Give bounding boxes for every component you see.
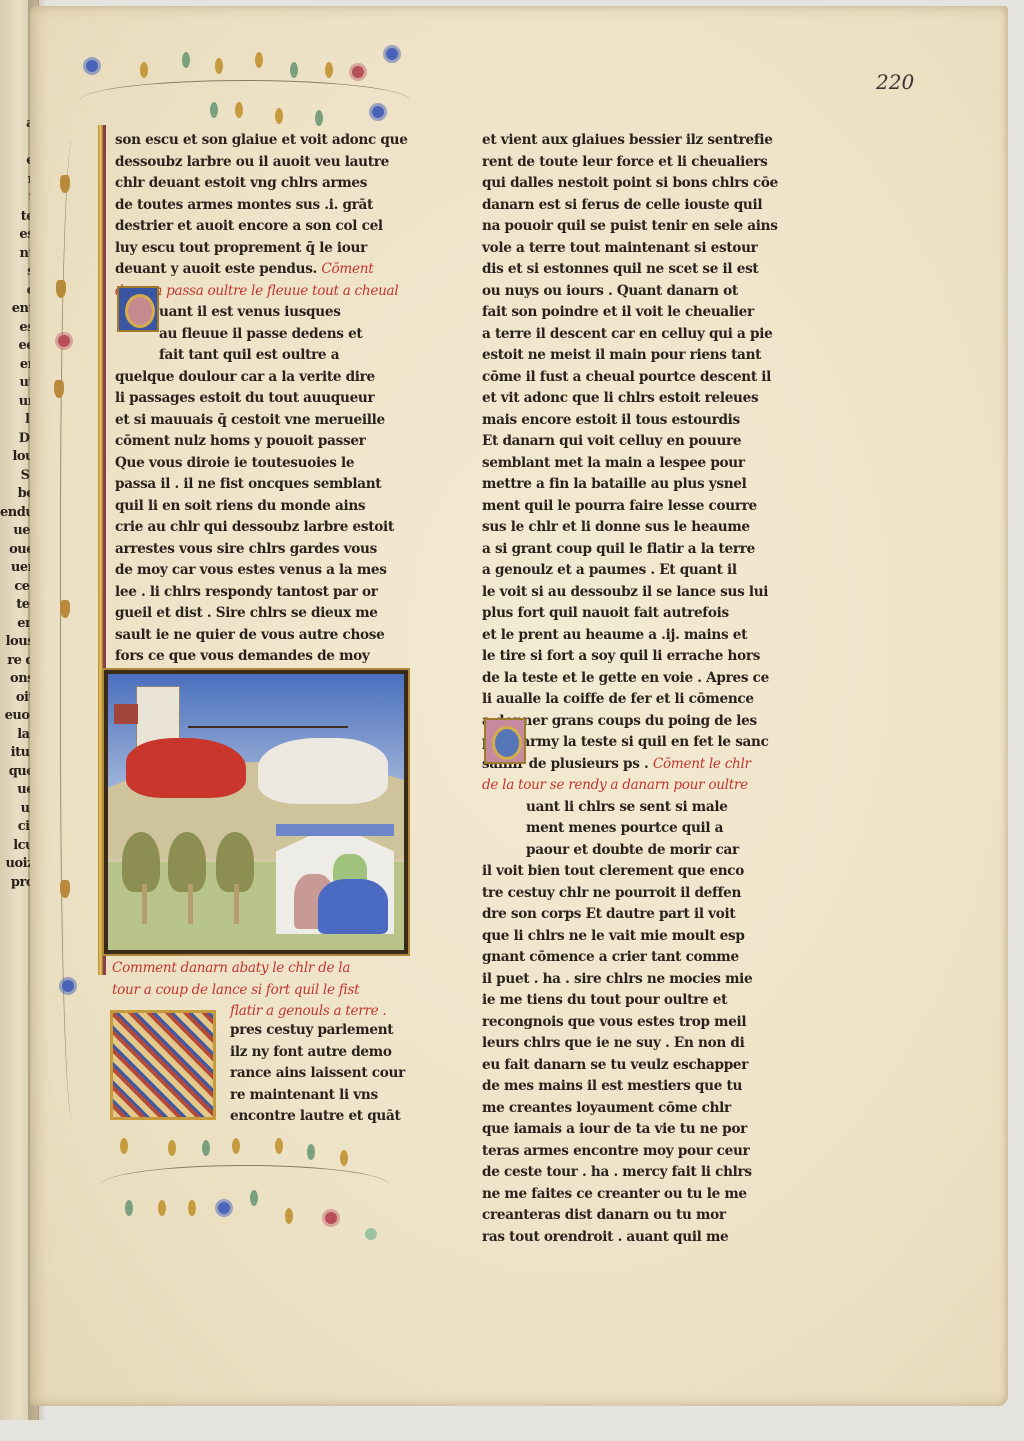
green-leaf-icon <box>202 1140 210 1156</box>
green-leaf-icon <box>315 110 323 126</box>
text-line: li passages estoit du tout auuqueur <box>115 388 415 410</box>
text-line: ou nuys ou iours . Quant danarn ot <box>482 281 802 303</box>
initial-ornament-icon <box>125 294 155 328</box>
illuminated-initial-q <box>484 718 526 764</box>
rubric-line: danarn passa oultre le fleuue tout a che… <box>115 281 415 303</box>
text-line: recongnois que vous estes trop meil <box>482 1012 802 1034</box>
top-border-decoration <box>70 30 420 120</box>
text-line: ie me tiens du tout pour oultre et <box>482 990 802 1012</box>
text-line: a genoulz et a paumes . Et quant il <box>482 560 802 582</box>
text-line: quelque doulour car a la verite dire <box>115 367 415 389</box>
text-line: rance ains laissent cour <box>230 1063 410 1085</box>
gold-leaf-icon <box>56 280 66 298</box>
text-line: et si mauuais q̄ cestoit vne merueille <box>115 410 415 432</box>
text-line: Que vous diroie ie toutesuoies le <box>115 453 415 475</box>
text-line: dre son corps Et dautre part il voit <box>482 904 802 926</box>
tree <box>216 832 254 892</box>
text-line: de mes mains il est mestiers que tu <box>482 1076 802 1098</box>
blue-flower-icon <box>62 980 74 992</box>
text-line: ilz ny font autre demo <box>230 1042 410 1064</box>
tree-trunk <box>142 884 147 924</box>
gold-leaf-icon <box>235 102 243 118</box>
red-flower-icon <box>325 1212 337 1224</box>
gold-leaf-icon <box>275 108 283 124</box>
vine-stem <box>100 1165 390 1206</box>
gold-leaf-icon <box>255 52 263 68</box>
text-line: ne me faites ce creanter ou tu le me <box>482 1184 802 1206</box>
text-line: gnant cōmence a crier tant comme <box>482 947 802 969</box>
rubric-line: tour a coup de lance si fort quil le fis… <box>112 980 412 1002</box>
blue-flower-icon <box>86 60 98 72</box>
text-line: et vit adonc que li chlrs estoit releues <box>482 388 802 410</box>
text-line: arrestes vous sire chlrs gardes vous <box>115 539 415 561</box>
right-column-text: et vient aux glaiues bessier ilz sentref… <box>482 130 802 1248</box>
text-line: au fleuue il passe dedens et <box>115 324 415 346</box>
right-column-part1: et vient aux glaiues bessier ilz sentref… <box>482 130 802 775</box>
right-column-part2: il voit bien tout clerement que encotre … <box>482 861 802 1248</box>
blue-flower-icon <box>218 1202 230 1214</box>
text-line: ment quil le pourra faire lesse courre <box>482 496 802 518</box>
text-line: dis et si estonnes quil ne scet se il es… <box>482 259 802 281</box>
text-line: na pouoir quil se puist tenir en sele ai… <box>482 216 802 238</box>
gold-leaf-icon <box>60 880 70 898</box>
gold-leaf-icon <box>275 1138 283 1154</box>
text-line: chlr deuant estoit vng chlrs armes <box>115 173 415 195</box>
miniature-joust-scene <box>104 670 408 954</box>
red-flower-icon <box>352 66 364 78</box>
text-line: son escu et son glaiue et voit adonc que <box>115 130 415 152</box>
tree <box>122 832 160 892</box>
text-line: que iamais a iour de ta vie tu ne por <box>482 1119 802 1141</box>
gold-leaf-icon <box>60 175 70 193</box>
text-line: que li chlrs ne le vait mie moult esp <box>482 926 802 948</box>
green-leaf-icon <box>250 1190 258 1206</box>
text-line: uant il est venus iusques <box>115 302 415 324</box>
text-line: pres cestuy parlement <box>230 1020 410 1042</box>
text-line: a terre il descent car en celluy qui a p… <box>482 324 802 346</box>
text-line: il voit bien tout clerement que enco <box>482 861 802 883</box>
text-line: de la teste et le gette en voie . Apres … <box>482 668 802 690</box>
castle-roof <box>114 704 138 724</box>
text-line: ras tout orendroit . auant quil me <box>482 1227 802 1249</box>
bottom-border-decoration <box>70 1120 410 1230</box>
text-line: fait son poindre et il voit le cheualier <box>482 302 802 324</box>
lance <box>188 726 348 728</box>
text-line: creanteras dist danarn ou tu mor <box>482 1205 802 1227</box>
green-leaf-icon <box>182 52 190 68</box>
green-leaf-icon <box>125 1200 133 1216</box>
text-line: ment menes pourtce quil a <box>482 818 802 840</box>
text-line: luy escu tout proprement q̄ le iour <box>115 238 415 260</box>
gold-leaf-icon <box>188 1200 196 1216</box>
text-line: qui dalles nestoit point si bons chlrs c… <box>482 173 802 195</box>
gold-leaf-icon <box>140 62 148 78</box>
text-line: le tire si fort a soy quil li errache ho… <box>482 646 802 668</box>
text-line: destrier et auoit encore a son col cel <box>115 216 415 238</box>
gold-leaf-icon <box>60 600 70 618</box>
text-line: teras armes encontre moy pour ceur <box>482 1141 802 1163</box>
text-line: mettre a fin la bataille au plus ysnel <box>482 474 802 496</box>
gold-leaf-icon <box>168 1140 176 1156</box>
text-line: de toutes armes montes sus .i. grāt <box>115 195 415 217</box>
text-line: Et danarn qui voit celluy en pouure <box>482 431 802 453</box>
rubric-text: Cōment <box>321 261 373 277</box>
rubric-text: Cōment le chlr <box>653 756 751 772</box>
gold-leaf-icon <box>120 1138 128 1154</box>
gold-border-bar <box>98 125 103 975</box>
rubric-line: de la tour se rendy a danarn pour oultre <box>482 775 802 797</box>
text-line: il puet . ha . sire chlrs ne mocies mie <box>482 969 802 991</box>
green-leaf-icon <box>307 1144 315 1160</box>
text-line: cōme il fust a cheual pourtce descent il <box>482 367 802 389</box>
illuminated-initial-a <box>110 1010 216 1120</box>
text-line: encontre lautre et quāt <box>230 1106 410 1128</box>
gold-leaf-icon <box>158 1200 166 1216</box>
text-line: de ceste tour . ha . mercy fait li chlrs <box>482 1162 802 1184</box>
text-line: tre cestuy chlr ne pourroit il deffen <box>482 883 802 905</box>
text-line: rent de toute leur force et li cheualier… <box>482 152 802 174</box>
text-line: plus fort quil nauoit fait autrefois <box>482 603 802 625</box>
text-line: fait tant quil est oultre a <box>115 345 415 367</box>
text-line: saillir de plusieurs ps . Cōment le chlr <box>482 754 802 776</box>
text-line: et vient aux glaiues bessier ilz sentref… <box>482 130 802 152</box>
gold-leaf-icon <box>54 380 64 398</box>
blue-flower-icon <box>386 48 398 60</box>
folio-number: 220 <box>876 70 914 94</box>
text-line: quil li en soit riens du monde ains <box>115 496 415 518</box>
tree <box>168 832 206 892</box>
text-line: semblant met la main a lespee pour <box>482 453 802 475</box>
text-line: pee parmy la teste si quil en fet le san… <box>482 732 802 754</box>
text-line: mais encore estoit il tous estourdis <box>482 410 802 432</box>
vine-stem <box>80 80 410 121</box>
text-line: a si grant coup quil le flatir a la terr… <box>482 539 802 561</box>
text-line: le voit si au dessoubz il se lance sus l… <box>482 582 802 604</box>
text-line: a donner grans coups du poing de les <box>482 711 802 733</box>
text-line: lee . li chlrs respondy tantost par or <box>115 582 415 604</box>
tree-trunk <box>188 884 193 924</box>
gold-leaf-icon <box>340 1150 348 1166</box>
text-line: gueil et dist . Sire chlrs se dieux me <box>115 603 415 625</box>
tree-trunk <box>234 884 239 924</box>
text-line: vole a terre tout maintenant si estour <box>482 238 802 260</box>
text-line: danarn est si ferus de celle iouste quil <box>482 195 802 217</box>
text-segment: deuant y auoit este pendus. <box>115 261 317 277</box>
text-line: passa il . il ne fist oncques semblant <box>115 474 415 496</box>
gold-leaf-icon <box>285 1208 293 1224</box>
tent-valance <box>276 824 394 836</box>
text-line: cōment nulz homs y pouoit passer <box>115 431 415 453</box>
text-line: sus le chlr et li donne sus le heaume <box>482 517 802 539</box>
text-line: eu fait danarn se tu veulz eschapper <box>482 1055 802 1077</box>
text-line: crie au chlr qui dessoubz larbre estoit <box>115 517 415 539</box>
left-column-after-initial: pres cestuy parlement ilz ny font autre … <box>230 1020 410 1128</box>
text-line: de moy car vous estes venus a la mes <box>115 560 415 582</box>
text-line: deuant y auoit este pendus. Cōment <box>115 259 415 281</box>
knight-red-horse <box>126 738 246 798</box>
knight-white-horse <box>258 738 388 804</box>
gold-leaf-icon <box>232 1138 240 1154</box>
initial-ornament-icon <box>492 726 522 760</box>
text-line: uant li chlrs se sent si male <box>482 797 802 819</box>
text-line: et le prent au heaume a .ij. mains et <box>482 625 802 647</box>
green-leaf-icon <box>210 102 218 118</box>
illuminated-initial-q <box>117 286 159 332</box>
left-column-top-text: son escu et son glaiue et voit adonc que… <box>115 130 415 732</box>
gold-leaf-icon <box>325 62 333 78</box>
red-flower-icon <box>58 335 70 347</box>
rubric-line: Comment danarn abaty le chlr de la <box>112 958 412 980</box>
lady-blue-gown <box>318 879 388 934</box>
text-line: fors ce que vous demandes de moy <box>115 646 415 668</box>
gold-leaf-icon <box>215 58 223 74</box>
text-line: me creantes loyaument cōme chlr <box>482 1098 802 1120</box>
text-line: estoit ne meist il main pour riens tant <box>482 345 802 367</box>
green-leaf-icon <box>290 62 298 78</box>
blue-flower-icon <box>372 106 384 118</box>
text-line: leurs chlrs que ie ne suy . En non di <box>482 1033 802 1055</box>
green-flower-icon <box>365 1228 377 1240</box>
text-line: paour et doubte de morir car <box>482 840 802 862</box>
text-line: dessoubz larbre ou il auoit veu lautre <box>115 152 415 174</box>
text-line: li aualle la coiffe de fer et li cōmence <box>482 689 802 711</box>
text-line: re maintenant li vns <box>230 1085 410 1107</box>
text-line: sault ie ne quier de vous autre chose <box>115 625 415 647</box>
